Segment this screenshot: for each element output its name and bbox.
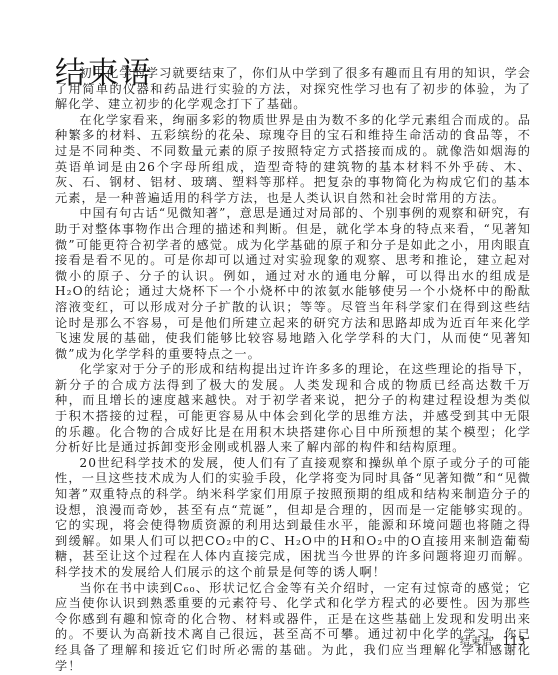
paragraph-5: 20世纪科学技术的发展，使人们有了直接观察和操纵单个原子或分子的可能性，一旦这些…: [55, 456, 531, 581]
paragraph-1: 初中化学的学习就要结束了，你们从中学到了很多有趣而且有用的知识，学会了用简单的仪…: [55, 66, 531, 113]
paragraph-6: 当你在书中读到C₆₀、形状记忆合金等有关介绍时，一定有过惊奇的感觉；它应当使你认…: [55, 581, 531, 675]
page-footer: 结束语 113: [460, 633, 525, 648]
document-page: 结束语 初中化学的学习就要结束了，你们从中学到了很多有趣而且有用的知识，学会了用…: [0, 0, 558, 675]
paragraph-2: 在化学家看来，绚丽多彩的物质世界是由为数不多的化学元素组合而成的。品种繁多的材料…: [55, 113, 531, 207]
paragraph-3: 中国有句古话“见微知著”，意思是通过对局部的、个别事例的观察和研究，有助于对整体…: [55, 206, 531, 362]
body-text: 初中化学的学习就要结束了，你们从中学到了很多有趣而且有用的知识，学会了用简单的仪…: [55, 66, 531, 674]
footer-section-label: 结束语: [460, 637, 493, 648]
paragraph-4: 化学家对于分子的形成和结构提出过许许多多的理论，在这些理论的指导下，新分子的合成…: [55, 362, 531, 456]
page-number: 113: [503, 634, 526, 648]
